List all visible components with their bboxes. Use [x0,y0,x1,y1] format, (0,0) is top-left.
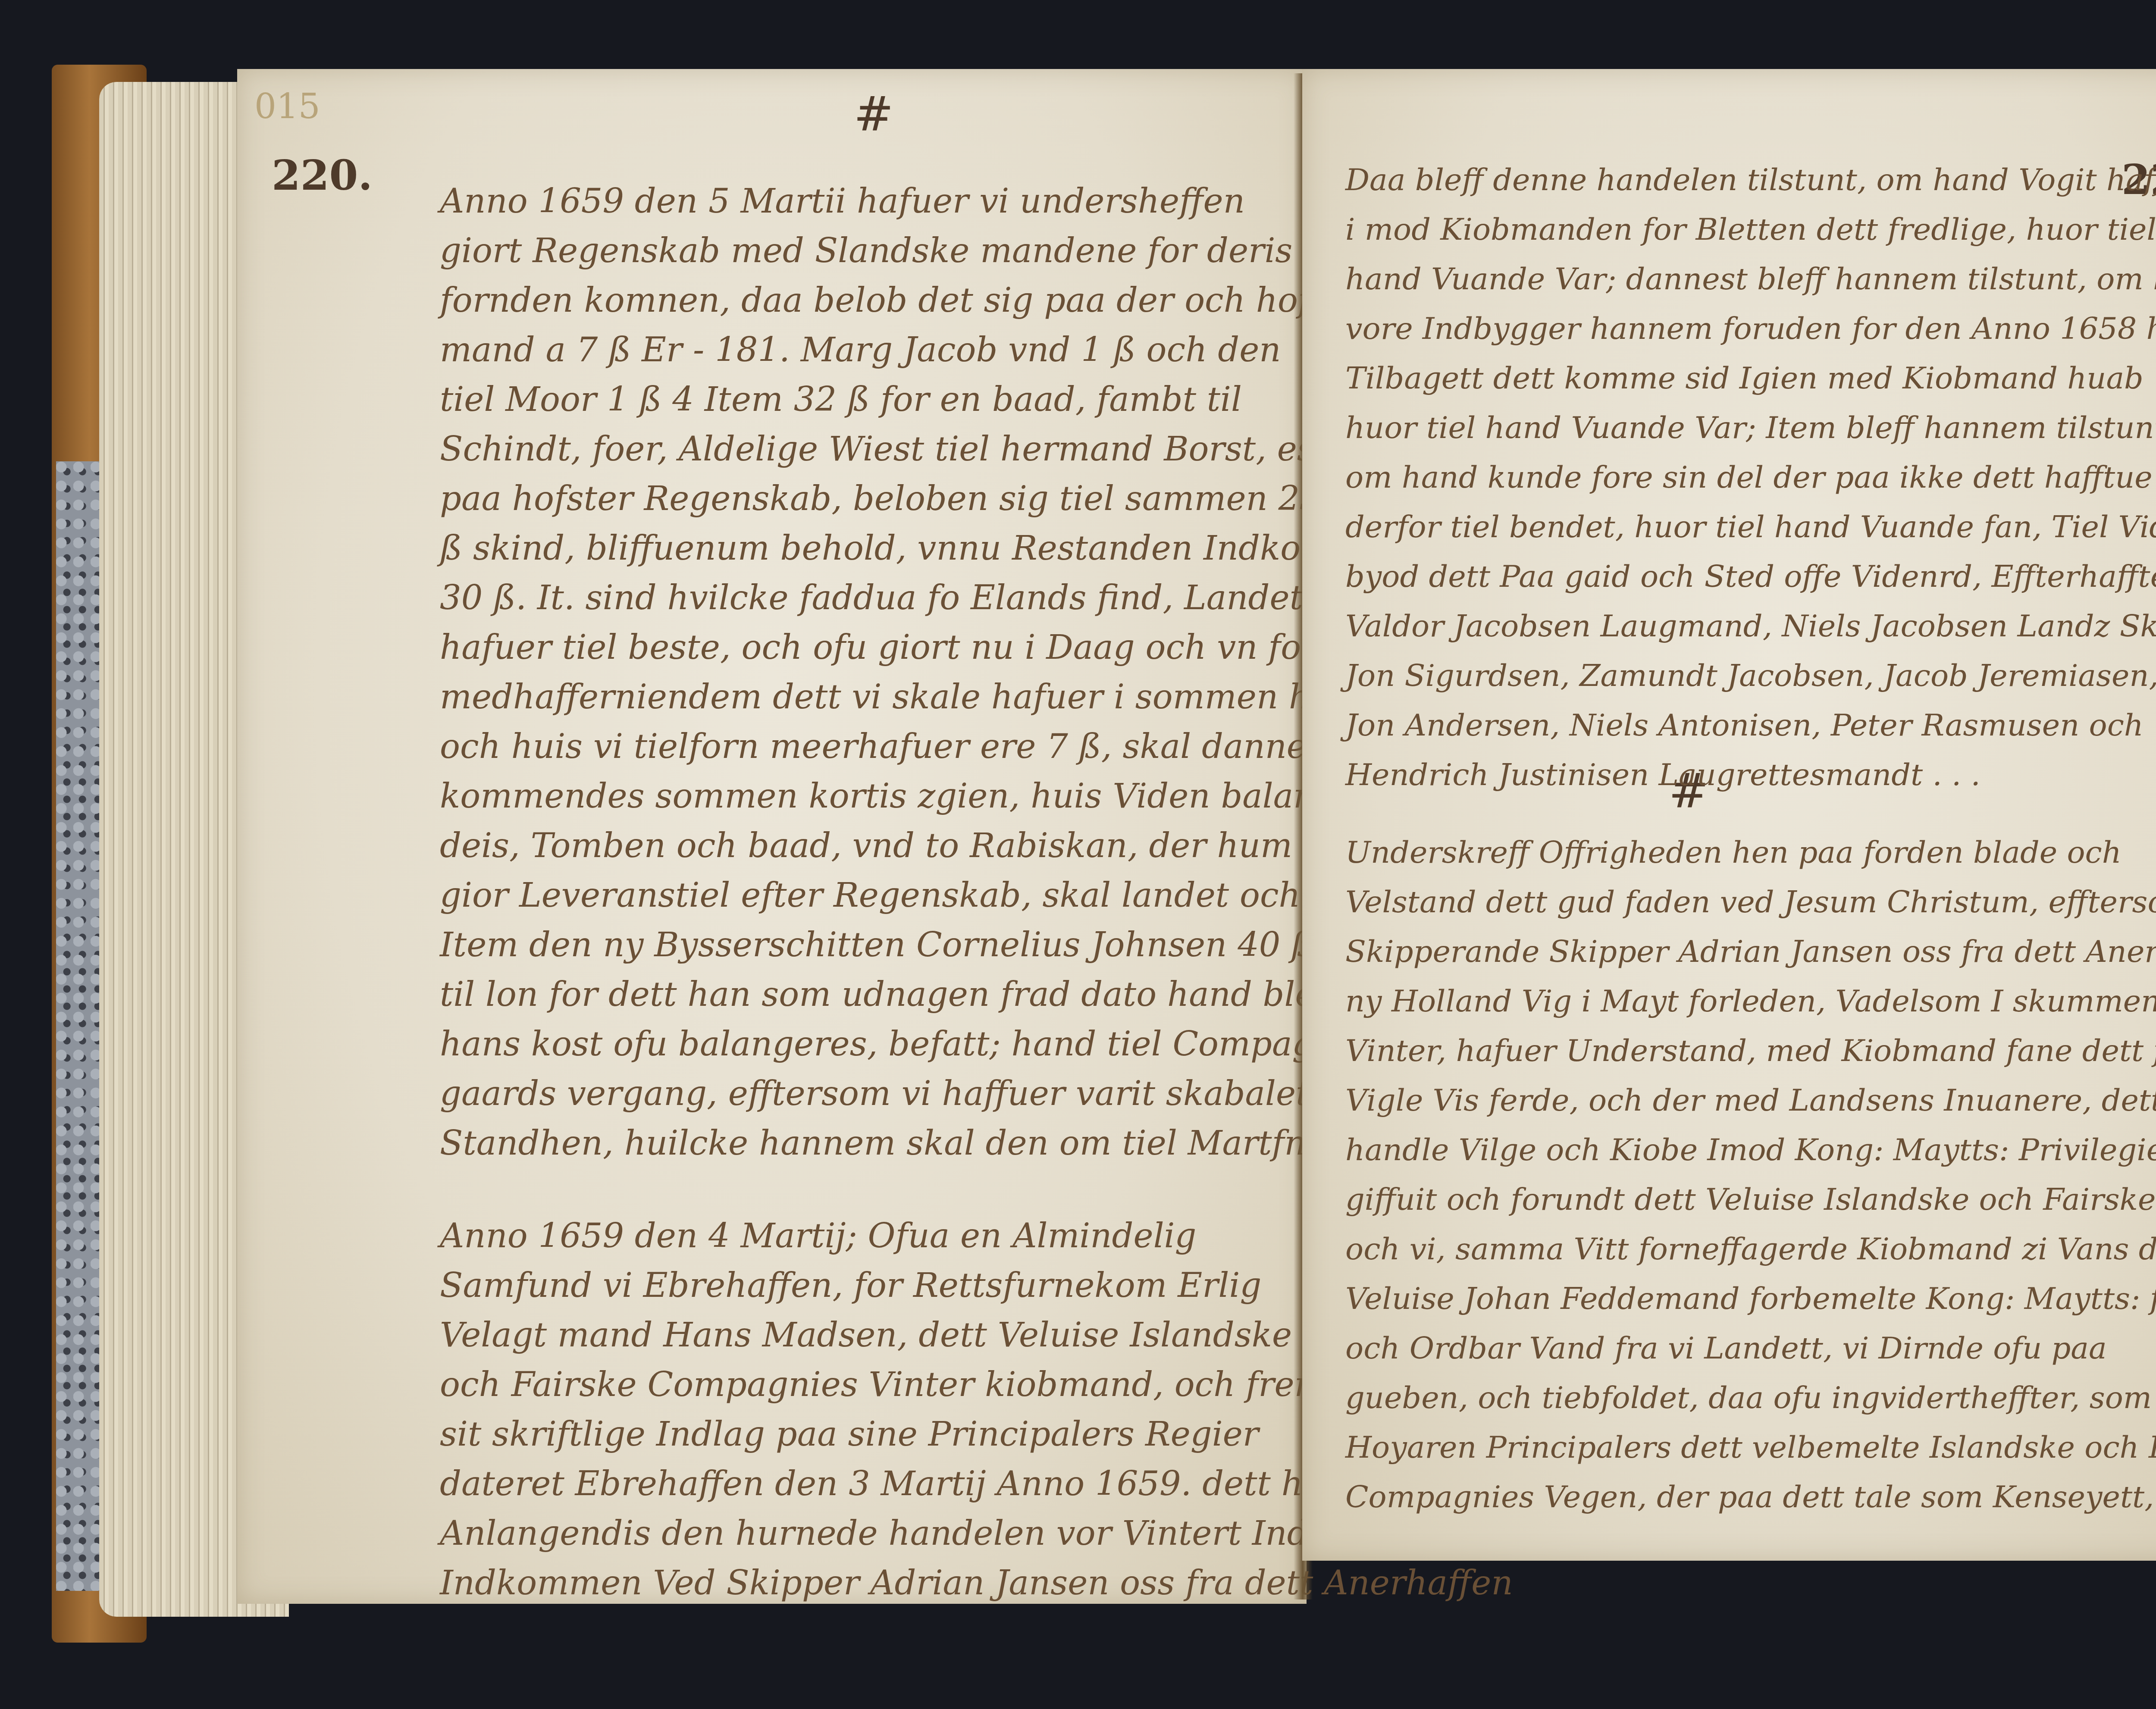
text-line: vore Indbygger hannem foruden for den An… [1345,304,2156,354]
text-line: om hand kunde fore sin del der paa ikke … [1345,453,2156,502]
old-folio-number: 015 [254,86,320,126]
text-line: Indkommen Ved Skipper Adrian Jansen oss … [440,1559,1639,1608]
folio-number-left: 220. [272,151,373,200]
text-line: Hendrich Justinisen Laugrettesmandt . . … [1345,750,2156,800]
text-line: Vinter, hafuer Understand, med Kiobmand … [1345,1026,2156,1076]
text-line: handle Vilge och Kiobe Imod Kong: Maytts… [1345,1125,2156,1175]
right-page: 221. # Daa bleff denne handelen tilstunt… [1302,69,2156,1561]
left-marbled-endpaper [56,461,99,1591]
text-line: ny Holland Vig i Mayt forleden, Vadelsom… [1345,977,2156,1026]
left-page: 015 220. # Anno 1659 den 5 Martii hafuer… [237,69,1307,1604]
text-line: huor tiel hand Vuande Var; Item bleff ha… [1345,403,2156,453]
text-line: Hoyaren Principalers dett velbemelte Isl… [1345,1423,2156,1472]
text-line: byod dett Paa gaid och Sted offe Videnrd… [1345,552,2156,601]
text-line: Underskreff Offrigheden hen paa forden b… [1345,828,2156,877]
text-line: Valdor Jacobsen Laugmand, Niels Jacobsen… [1345,601,2156,651]
text-line: derfor tiel bendet, huor tiel hand Vuand… [1345,502,2156,552]
text-line: och vi, samma Vitt forneffagerde Kiobman… [1345,1224,2156,1274]
text-line: Skipperande Skipper Adrian Jansen oss fr… [1345,927,2156,977]
text-line: Daa bleff denne handelen tilstunt, om ha… [1345,155,2156,205]
text-line: hand Vuande Var; dannest bleff hannem ti… [1345,254,2156,304]
text-line: och Ordbar Vand fra vi Landett, vi Dirnd… [1345,1324,2156,1373]
text-line: i mod Kiobmanden for Bletten dett fredli… [1345,205,2156,254]
text-line: Tilbagett dett komme sid Igien med Kiobm… [1345,354,2156,403]
text-line: Vigle Vis ferde, och der med Landsens In… [1345,1076,2156,1125]
text-line: Compagnies Vegen, der paa dett tale som … [1345,1472,2156,1522]
text-line: Jon Andersen, Niels Antonisen, Peter Ras… [1345,701,2156,750]
text-line: giffuit och forundt dett Veluise Islands… [1345,1175,2156,1224]
right-text-block-2: Underskreff Offrigheden hen paa forden b… [1345,828,2156,1522]
book-spread: 015 220. # Anno 1659 den 5 Martii hafuer… [52,65,2156,1643]
text-line: Veluise Johan Feddemand forbemelte Kong:… [1345,1274,2156,1324]
text-line: Jon Sigurdsen, Zamundt Jacobsen, Jacob J… [1345,651,2156,701]
text-line: gueben, och tiebfoldet, daa ofu ingvider… [1345,1373,2156,1423]
section-marker: # [854,86,893,141]
right-text-block-1: Daa bleff denne handelen tilstunt, om ha… [1345,155,2156,800]
text-line: Velstand dett gud faden ved Jesum Christ… [1345,877,2156,927]
